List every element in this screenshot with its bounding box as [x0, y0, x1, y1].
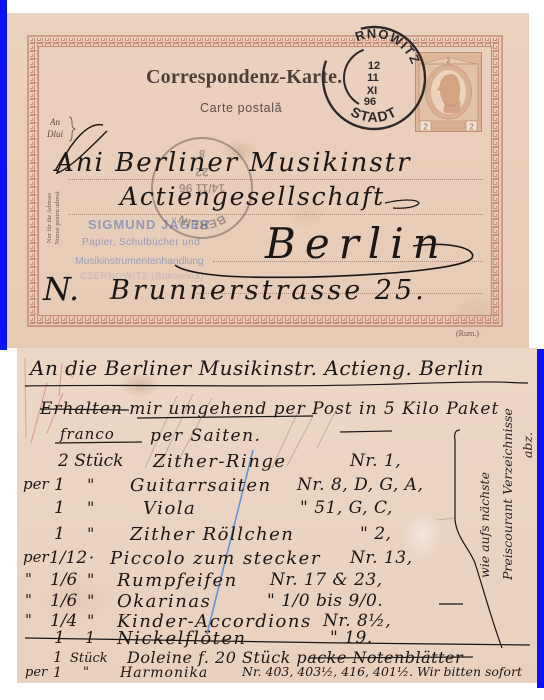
postcard-front: Correspondenz-Karte. Carte postală An Dl…	[7, 13, 529, 348]
item-name: Zither-Ringe	[153, 453, 287, 471]
order-item: " 1/6 " Rumpfeifen Nr. 17 & 23,	[17, 572, 537, 592]
scan-edge-left	[0, 0, 7, 350]
item-qty: 1/6	[50, 593, 77, 610]
order-item: 2 Stück Zither-Ringe Nr. 1,	[17, 453, 537, 473]
item-qty: 1/12	[49, 550, 87, 567]
item-name: Piccolo zum stecker	[110, 550, 321, 568]
item-name: Zither Röllchen	[130, 526, 294, 544]
item-spec: Nr. 8, D, G, A,	[297, 477, 423, 494]
item-qty: 1	[54, 630, 65, 647]
item-ditto: "	[87, 593, 94, 609]
item-name: Guitarrsaiten	[130, 477, 272, 495]
item-qty: 1	[53, 650, 63, 665]
item-qty: 1	[53, 666, 62, 680]
item-ditto: "	[87, 477, 94, 493]
item-qty: 2 Stück	[58, 453, 123, 470]
printer-mark: (Rum.)	[456, 329, 479, 338]
item-ditto: "	[87, 526, 94, 542]
order-instruction: Erhalten mir umgehend per Post in 5 Kilo…	[40, 401, 499, 418]
item-qty: 1	[54, 526, 65, 543]
item-spec: Nr. 13,	[350, 550, 412, 567]
item-prefix: "	[25, 613, 32, 628]
item-ditto: "	[87, 613, 94, 629]
item-prefix: per	[23, 550, 49, 565]
item-ditto: "	[83, 666, 89, 679]
item-spec: " 51, G, C,	[300, 500, 393, 517]
item-name: Viola	[143, 500, 196, 518]
item-ditto: Stück	[70, 652, 108, 665]
item-spec: " 2,	[360, 526, 391, 543]
item-ditto: ·	[89, 550, 94, 566]
item-spec: Nr. 1,	[350, 453, 401, 470]
side-note-line2: Preiscourant Verzeichnisse	[500, 430, 516, 580]
item-qty: 1	[54, 477, 65, 494]
item-qty: 1	[54, 500, 65, 517]
order-item: per 1 " Harmonika Nr. 403, 403½, 416, 40…	[17, 666, 537, 683]
item-name: Nickelflöten	[117, 630, 247, 648]
order-shipping: franco	[60, 427, 115, 442]
item-name: Okarinas	[117, 593, 211, 611]
order-item: 1 " Viola " 51, G, C,	[17, 500, 537, 520]
item-ditto: "	[87, 572, 94, 588]
item-qty: 1/6	[50, 572, 77, 589]
address-flourishes	[7, 13, 529, 348]
side-note-line1: wie aufs nächste	[477, 440, 493, 610]
item-name: Rumpfeifen	[117, 572, 238, 590]
order-item: " 1/6 " Okarinas " 1/0 bis 9/0.	[17, 593, 537, 613]
item-spec: " 19.	[330, 630, 373, 647]
order-item: 1 1 Nickelflöten " 19.	[17, 630, 537, 650]
postcard-back: An die Berliner Musikinstr. Actieng. Ber…	[17, 348, 537, 683]
order-item: 1 " Zither Röllchen " 2,	[17, 526, 537, 546]
item-spec: Nr. 403, 403½, 416, 401½. Wir bitten sof…	[242, 666, 522, 679]
order-category: per Saiten.	[150, 428, 261, 445]
item-prefix: "	[25, 593, 32, 608]
item-prefix: per	[25, 666, 47, 679]
order-item: per 1 " Guitarrsaiten Nr. 8, D, G, A,	[17, 477, 537, 497]
order-item: per 1/12 · Piccolo zum stecker Nr. 13,	[17, 550, 537, 570]
item-ditto: 1	[85, 630, 95, 646]
item-ditto: "	[87, 500, 94, 516]
item-spec: " 1/0 bis 9/0.	[267, 593, 383, 610]
item-prefix: per	[23, 477, 49, 492]
order-heading: An die Berliner Musikinstr. Actieng. Ber…	[30, 358, 484, 378]
side-note-line3: abz.	[520, 430, 536, 460]
item-prefix: "	[25, 572, 32, 587]
item-spec: Nr. 17 & 23,	[270, 572, 383, 589]
scan-edge-right	[537, 349, 544, 688]
item-name: Harmonika	[120, 666, 208, 680]
